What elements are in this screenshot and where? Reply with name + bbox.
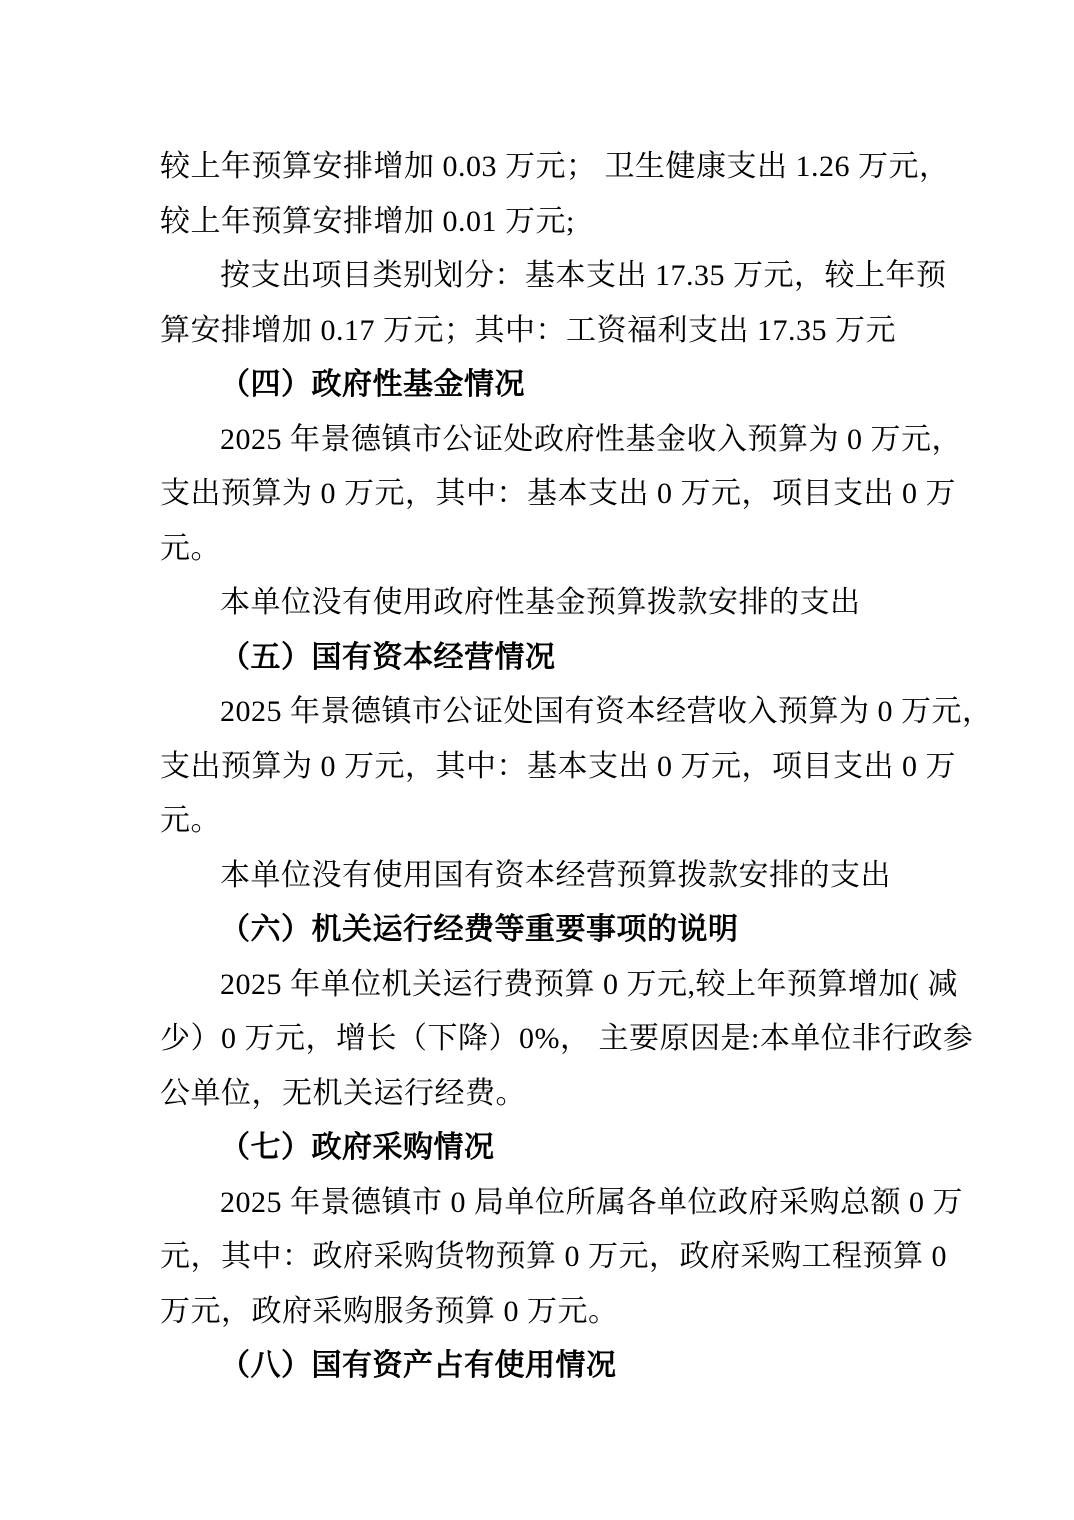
- doc-line: 本单位没有使用政府性基金预算拨款安排的支出: [160, 576, 922, 631]
- doc-line: 万元，政府采购服务预算 0 万元。: [160, 1285, 922, 1340]
- doc-line: 算安排增加 0.17 万元；其中：工资福利支出 17.35 万元: [160, 304, 922, 359]
- document-body: 较上年预算安排增加 0.03 万元； 卫生健康支出 1.26 万元， 较上年预算…: [160, 140, 922, 1394]
- section-heading-6: （六）机关运行经费等重要事项的说明: [160, 903, 922, 958]
- doc-line: 公单位，无机关运行经费。: [160, 1067, 922, 1122]
- doc-line: 支出预算为 0 万元，其中：基本支出 0 万元，项目支出 0 万: [160, 740, 922, 795]
- doc-line: 较上年预算安排增加 0.01 万元;: [160, 195, 922, 250]
- document-page: 较上年预算安排增加 0.03 万元； 卫生健康支出 1.26 万元， 较上年预算…: [0, 0, 1074, 1520]
- doc-line: 较上年预算安排增加 0.03 万元； 卫生健康支出 1.26 万元，: [160, 140, 922, 195]
- doc-line: 元。: [160, 794, 922, 849]
- doc-line: 元。: [160, 522, 922, 577]
- doc-line: 2025 年景德镇市 0 局单位所属各单位政府采购总额 0 万: [160, 1176, 922, 1231]
- section-heading-4: （四）政府性基金情况: [160, 358, 922, 413]
- doc-line: 2025 年景德镇市公证处政府性基金收入预算为 0 万元，: [160, 413, 922, 468]
- doc-line: 2025 年单位机关运行费预算 0 万元,较上年预算增加( 减: [160, 958, 922, 1013]
- doc-line: 支出预算为 0 万元，其中：基本支出 0 万元，项目支出 0 万: [160, 467, 922, 522]
- doc-line: 本单位没有使用国有资本经营预算拨款安排的支出: [160, 849, 922, 904]
- doc-line: 2025 年景德镇市公证处国有资本经营收入预算为 0 万元，: [160, 685, 922, 740]
- section-heading-7: （七）政府采购情况: [160, 1121, 922, 1176]
- section-heading-5: （五）国有资本经营情况: [160, 631, 922, 686]
- doc-line: 按支出项目类别划分：基本支出 17.35 万元，较上年预: [160, 249, 922, 304]
- doc-line: 元，其中：政府采购货物预算 0 万元，政府采购工程预算 0: [160, 1230, 922, 1285]
- doc-line: 少）0 万元，增长（下降）0%， 主要原因是:本单位非行政参: [160, 1012, 922, 1067]
- section-heading-8: （八）国有资产占有使用情况: [160, 1339, 922, 1394]
